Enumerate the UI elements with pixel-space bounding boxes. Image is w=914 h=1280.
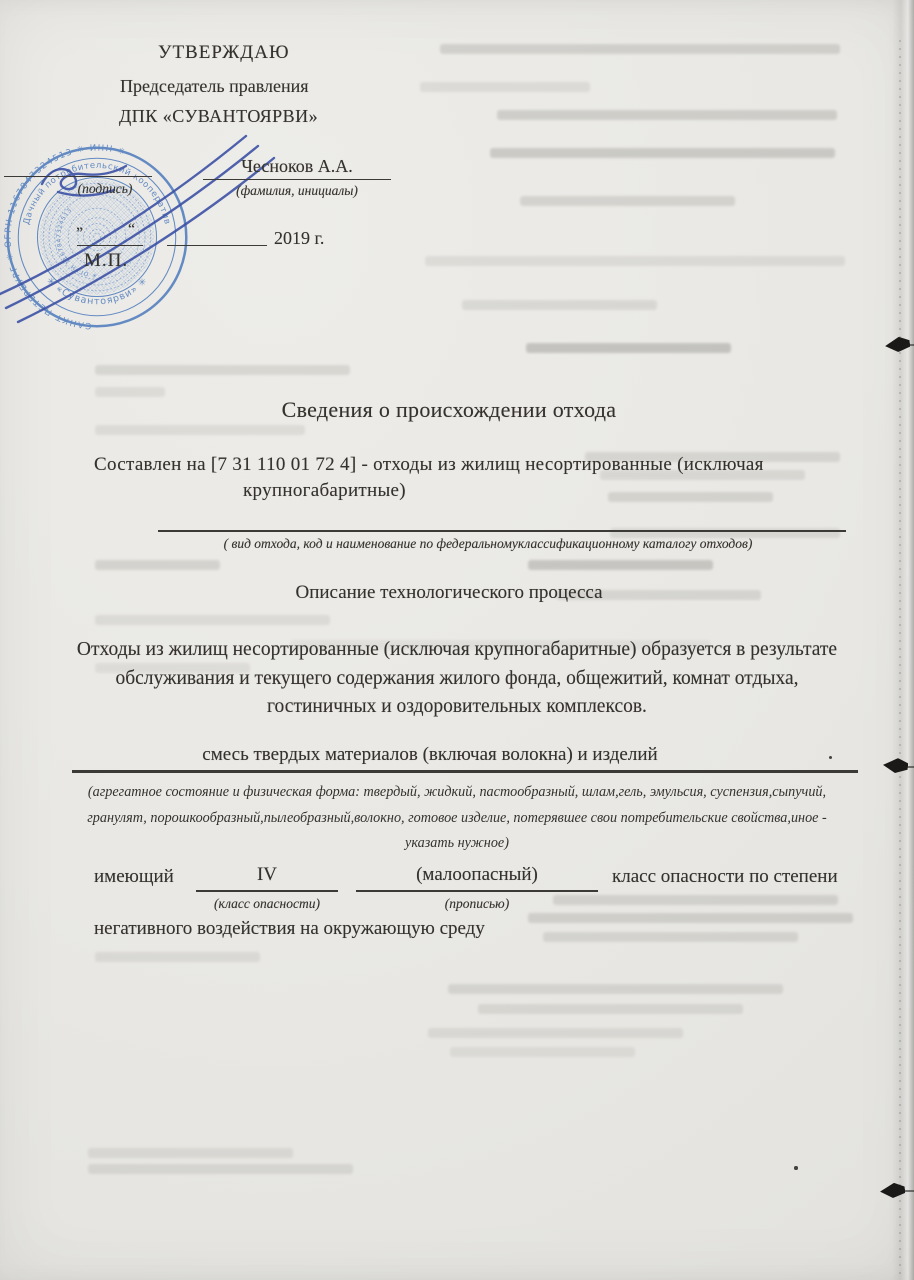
- hazard-words-caption: (прописью): [356, 896, 598, 912]
- bleedthrough-text: [478, 1004, 743, 1014]
- process-heading: Описание технологического процесса: [0, 582, 906, 604]
- hazard-words-value: (малоопасный): [356, 864, 598, 886]
- hazard-class-caption: (класс опасности): [196, 896, 338, 912]
- bleedthrough-text: [448, 984, 783, 994]
- bleedthrough-text: [520, 196, 735, 206]
- hazard-prefix: имеющий: [94, 866, 174, 888]
- ink-speck: [829, 756, 832, 759]
- binding-stitch-tail: [900, 1190, 914, 1192]
- bleedthrough-text: [528, 560, 713, 570]
- organization-name: ДПК «СУВАНТОЯРВИ»: [119, 106, 318, 127]
- bleedthrough-text: [88, 1148, 293, 1158]
- date-year: 2019 г.: [274, 228, 324, 249]
- process-line: обслуживания и текущего содержания жилог…: [40, 665, 874, 694]
- process-line: гостиничных и оздоровительных комплексов…: [40, 693, 874, 722]
- ink-speck: [794, 1166, 798, 1170]
- name-caption: (фамилия, инициалы): [203, 183, 391, 199]
- physical-form-value: смесь твердых материалов (включая волокн…: [0, 744, 860, 766]
- bleedthrough-text: [420, 82, 590, 92]
- bleedthrough-text: [425, 256, 845, 266]
- process-paragraph: Отходы из жилищ несортированные (исключа…: [40, 636, 874, 722]
- bleedthrough-text: [95, 560, 220, 570]
- bleedthrough-text: [428, 1028, 683, 1038]
- bleedthrough-text: [95, 365, 350, 375]
- bleedthrough-text: [526, 343, 731, 353]
- hazard-class-value: IV: [196, 864, 338, 886]
- hazard-class-blank: [196, 890, 338, 892]
- binding-stitch-tail: [903, 766, 914, 768]
- bleedthrough-text: [497, 110, 837, 120]
- approve-heading: УТВЕРЖДАЮ: [158, 42, 289, 64]
- bleedthrough-text: [543, 932, 798, 942]
- bleedthrough-text: [95, 425, 305, 435]
- physical-caption-line: гранулят, порошкообразный,пылеобразный,в…: [52, 806, 862, 832]
- bleedthrough-text: [608, 492, 773, 502]
- signer-name: Чесноков А.А.: [203, 156, 391, 177]
- handwritten-signature: [0, 118, 320, 348]
- document-title: Сведения о происхождении отхода: [0, 397, 906, 423]
- bleedthrough-text: [440, 44, 840, 54]
- hazard-continuation: негативного воздействия на окружающую ср…: [94, 918, 485, 940]
- hazard-words-blank: [356, 890, 598, 892]
- page-edge-shading: [892, 0, 914, 1280]
- physical-caption-line: (агрегатное состояние и физическая форма…: [52, 780, 862, 806]
- waste-code-line2: крупногабаритные): [243, 480, 406, 502]
- scanned-document-page: САНКТ-ПЕТЕРБУРГ ✳ ОГРН 1167847324513 ✳ И…: [0, 0, 914, 1280]
- name-blank-line: [203, 179, 391, 180]
- binding-stitch-tail: [905, 344, 914, 346]
- date-day-blank: [77, 245, 143, 246]
- hazard-suffix: класс опасности по степени: [612, 866, 838, 888]
- seal-placeholder-mp: М.П.: [84, 250, 128, 272]
- signature-blank-line: [4, 176, 152, 177]
- physical-caption-line: указать нужное): [52, 831, 862, 857]
- waste-code-line1: Составлен на [7 31 110 01 72 4] - отходы…: [94, 454, 764, 476]
- bleedthrough-text: [450, 1047, 635, 1057]
- date-month-blank: [167, 245, 267, 246]
- waste-kind-rule: [158, 530, 846, 532]
- bleedthrough-text: [95, 952, 260, 962]
- process-line: Отходы из жилищ несортированные (исключа…: [40, 636, 874, 665]
- bleedthrough-text: [490, 148, 835, 158]
- physical-form-rule: [72, 770, 858, 773]
- bleedthrough-text: [95, 387, 165, 397]
- date-quote-open: „: [76, 216, 83, 234]
- bleedthrough-text: [462, 300, 657, 310]
- waste-kind-caption: ( вид отхода, код и наименование по феде…: [108, 536, 868, 552]
- bleedthrough-text: [88, 1164, 353, 1174]
- approver-role: Председатель правления: [120, 76, 309, 97]
- signature-caption: (подпись): [52, 181, 158, 197]
- physical-form-caption: (агрегатное состояние и физическая форма…: [52, 780, 862, 857]
- binding-perforation-line: [899, 40, 901, 1280]
- bleedthrough-text: [528, 913, 853, 923]
- date-quote-close: “: [128, 221, 135, 239]
- bleedthrough-text: [95, 615, 330, 625]
